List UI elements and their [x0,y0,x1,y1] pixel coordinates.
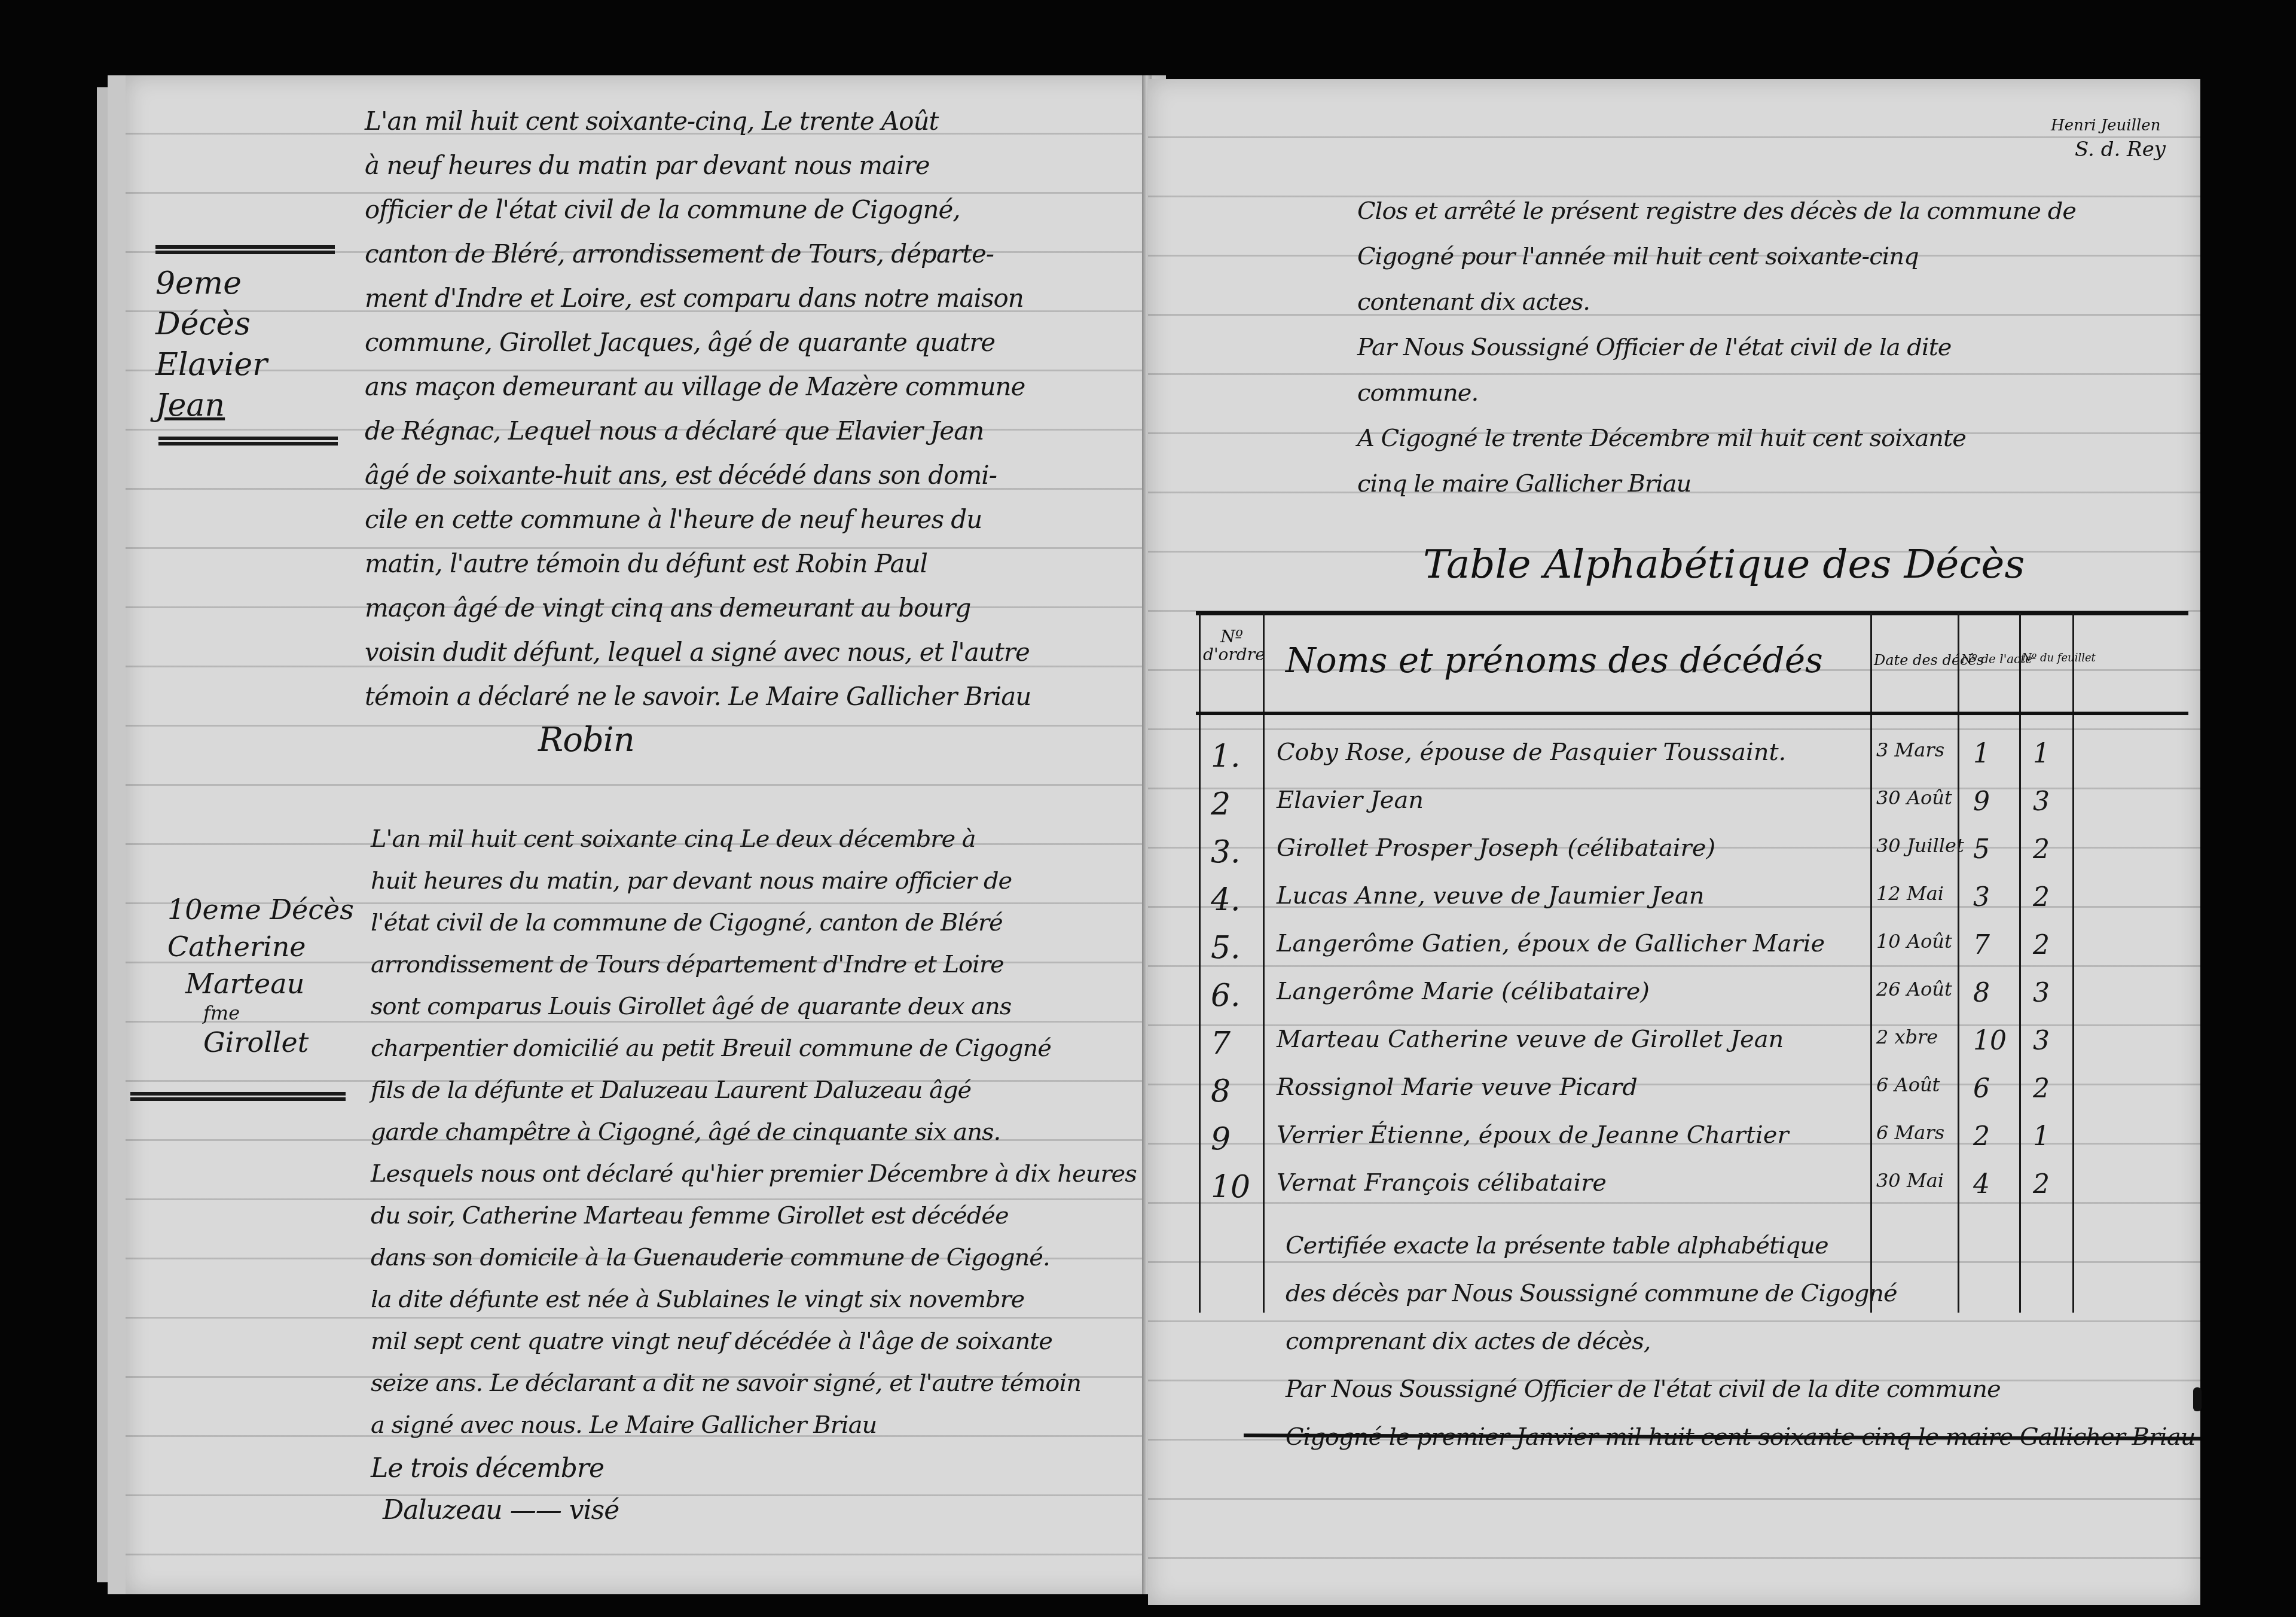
row-folio-number: 1 [2033,739,2050,769]
row-number: 5. [1211,930,1241,966]
row-date: 3 Mars [1876,739,1944,761]
row-act-number: 2 [1973,1121,1990,1152]
act-line: L'an mil huit cent soixante cinq Le deux… [371,825,976,853]
act-10-footer-date: Le trois décembre [371,1453,604,1484]
col-header-name: Noms et prénoms des décédés [1286,640,1823,681]
certification-line: des décès par Nous Soussigné commune de … [1286,1280,1897,1307]
act-line: charpentier domicilié au petit Breuil co… [371,1035,1051,1062]
row-act-number: 8 [1973,978,1990,1008]
row-act-number: 1 [1973,739,1990,769]
annotation-line: S. d. Rey [2051,138,2166,161]
act-line: à neuf heures du matin par devant nous m… [365,151,930,180]
row-name: Langerôme Gatien, époux de Gallicher Mar… [1277,930,1825,957]
act-line: L'an mil huit cent soixante-cinq, Le tre… [365,106,939,136]
row-act-number: 3 [1973,882,1990,913]
entry-number: 10eme Décès [167,891,354,928]
row-folio-number: 2 [2033,834,2050,865]
act-line: cile en cette commune à l'heure de neuf … [365,505,982,534]
row-folio-number: 2 [2033,882,2050,913]
row-name: Coby Rose, épouse de Pasquier Toussaint. [1277,739,1786,766]
row-act-number: 9 [1973,786,1990,817]
entry-firstname: Catherine [167,928,354,965]
row-act-number: 7 [1973,930,1990,960]
row-act-number: 10 [1973,1026,2007,1056]
act-line: canton de Bléré, arrondissement de Tours… [365,239,994,269]
entry-firstname: Jean [155,385,267,426]
table-column-rule [2019,613,2021,1313]
act-line: Lesquels nous ont déclaré qu'hier premie… [371,1160,1137,1188]
act-line: matin, l'autre témoin du défunt est Robi… [365,549,927,578]
row-number: 2 [1211,786,1231,822]
act-line: a signé avec nous. Le Maire Gallicher Br… [371,1411,877,1439]
row-folio-number: 2 [2033,1073,2050,1104]
certification-line: Certifiée exacte la présente table alpha… [1286,1232,1828,1259]
act-line: âgé de soixante-huit ans, est décédé dan… [365,460,997,490]
row-name: Marteau Catherine veuve de Girollet Jean [1277,1026,1784,1053]
row-act-number: 5 [1973,834,1990,865]
entry-surname: Marteau [167,965,354,1002]
table-header-rule [1196,712,2188,715]
col-header-order: Nº d'ordre [1203,628,1260,664]
entry-spouse: Girollet [167,1024,354,1061]
act-line: voisin dudit défunt, lequel a signé avec… [365,637,1030,667]
ink-mark [2193,1387,2202,1411]
act-10-footer-signature: Daluzeau —— visé [383,1495,619,1526]
row-name: Elavier Jean [1277,786,1424,814]
row-folio-number: 2 [2033,1169,2050,1200]
col-header-folio: Nº du feuillet [2022,652,2096,664]
row-name: Verrier Étienne, époux de Jeanne Chartie… [1277,1121,1789,1149]
row-number: 8 [1211,1073,1231,1109]
row-name: Lucas Anne, veuve de Jaumier Jean [1277,882,1705,910]
row-number: 3. [1211,834,1241,870]
row-act-number: 6 [1973,1073,1990,1104]
row-date: 2 xbre [1876,1026,1938,1048]
table-column-rule [1263,613,1265,1313]
annotation-line: Henri Jeuillen [2051,114,2166,138]
table-title: Table Alphabétique des Décès [1423,541,2025,587]
act-line: seize ans. Le déclarant a dit ne savoir … [371,1369,1081,1397]
row-folio-number: 1 [2033,1121,2050,1152]
closing-line: Clos et arrêté le présent registre des d… [1357,197,2076,225]
row-date: 30 Août [1876,786,1952,809]
row-name: Langerôme Marie (célibataire) [1277,978,1650,1005]
margin-rule [158,437,338,442]
row-number: 9 [1211,1121,1231,1157]
act-line: maçon âgé de vingt cinq ans demeurant au… [365,593,970,623]
corner-annotation: Henri Jeuillen S. d. Rey [2051,114,2166,161]
table-column-rule [1199,613,1201,1313]
row-date: 30 Mai [1876,1169,1944,1192]
row-act-number: 4 [1973,1169,1990,1200]
act-line: commune, Girollet Jacques, âgé de quaran… [365,328,995,357]
row-folio-number: 2 [2033,930,2050,960]
row-folio-number: 3 [2033,978,2050,1008]
act-line: de Régnac, Lequel nous a déclaré que Ela… [365,416,984,446]
table-column-rule [1870,613,1872,1313]
witness-signature: Robin [538,721,634,759]
act-line: huit heures du matin, par devant nous ma… [371,867,1012,895]
closing-line: commune. [1357,379,1478,407]
row-folio-number: 3 [2033,786,2050,817]
row-number: 1. [1211,739,1241,774]
act-line: témoin a déclaré ne le savoir. Le Maire … [365,682,1031,711]
entry-spouse-label: fme [167,1002,354,1024]
row-date: 6 Mars [1876,1121,1944,1144]
row-date: 10 Août [1876,930,1952,953]
act-line: dans son domicile à la Guenauderie commu… [371,1244,1050,1271]
margin-rule [155,245,335,251]
row-number: 6. [1211,978,1241,1014]
entry-number: 9eme [155,263,267,304]
closing-line: Cigogné pour l'année mil huit cent soixa… [1357,243,1919,270]
closing-line: contenant dix actes. [1357,288,1590,316]
row-name: Vernat François célibataire [1277,1169,1607,1197]
entry-label: Décès [155,304,267,344]
closing-line: A Cigogné le trente Décembre mil huit ce… [1357,425,1966,452]
row-date: 30 Juillet [1876,834,1964,857]
closing-line: Par Nous Soussigné Officier de l'état ci… [1357,334,1951,361]
row-date: 12 Mai [1876,882,1944,905]
row-date: 26 Août [1876,978,1952,1000]
margin-entry-10: 10eme Décès Catherine Marteau fme Giroll… [167,891,354,1061]
table-column-rule [2072,613,2074,1313]
margin-entry-9: 9eme Décès Elavier Jean [155,263,267,426]
entry-surname: Elavier [155,344,267,385]
certification-line: Par Nous Soussigné Officier de l'état ci… [1286,1375,2001,1403]
row-number: 4. [1211,882,1241,918]
row-number: 10 [1211,1169,1250,1205]
certification-line: comprenant dix actes de décès, [1286,1328,1650,1355]
death-index-table [1196,611,2188,1321]
act-line: l'état civil de la commune de Cigogné, c… [371,909,1003,936]
act-line: ment d'Indre et Loire, est comparu dans … [365,283,1024,313]
act-line: mil sept cent quatre vingt neuf décédée … [371,1328,1052,1355]
row-number: 7 [1211,1026,1231,1061]
act-line: du soir, Catherine Marteau femme Girolle… [371,1202,1009,1229]
act-line: ans maçon demeurant au village de Mazère… [365,372,1025,401]
closing-line: cinq le maire Gallicher Briau [1357,470,1691,498]
margin-rule [130,1092,346,1097]
act-line: garde champêtre à Cigogné, âgé de cinqua… [371,1118,1000,1146]
row-folio-number: 3 [2033,1026,2050,1056]
act-line: arrondissement de Tours département d'In… [371,951,1004,978]
act-line: la dite défunte est née à Sublaines le v… [371,1286,1024,1313]
act-line: sont comparus Louis Girollet âgé de quar… [371,993,1011,1020]
row-name: Girollet Prosper Joseph (célibataire) [1277,834,1715,862]
act-line: officier de l'état civil de la commune d… [365,195,960,224]
act-line: fils de la défunte et Daluzeau Laurent D… [371,1076,971,1104]
row-name: Rossignol Marie veuve Picard [1277,1073,1638,1101]
row-date: 6 Août [1876,1073,1940,1096]
table-column-rule [1958,613,1959,1313]
